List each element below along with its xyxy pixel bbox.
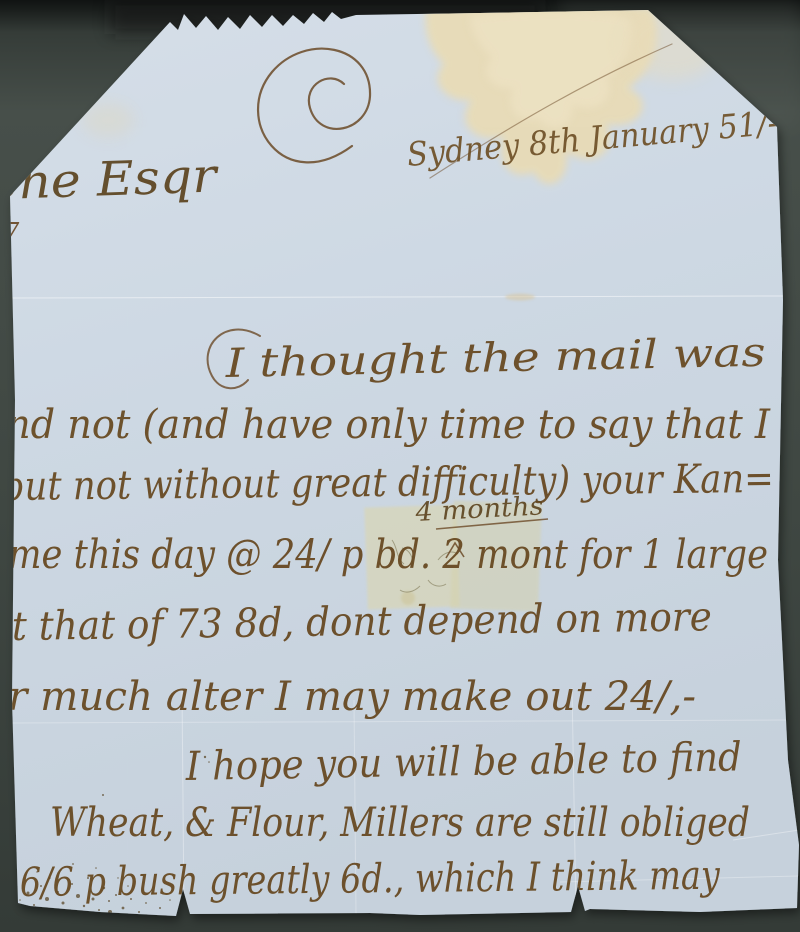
- body-line-4: me this day @ 24/ p bd. 2 mont for 1 lar…: [8, 532, 768, 578]
- body-line-2: nd not (and have only time to say that I: [6, 402, 771, 448]
- body-line-5: t that of 73 8d, dont depend on more: [11, 594, 712, 650]
- letter-photo: Sydney 8th January 51/- lone Esqr 7 I th…: [0, 0, 800, 932]
- body-line-6: r much alter I may make out 24/,-: [8, 674, 696, 720]
- body-line-7: I hope you will be able to find: [184, 734, 742, 790]
- body-line-8: Wheat, & Flour, Millers are still oblige…: [50, 800, 750, 846]
- screenshot-root: Sydney 8th January 51/- lone Esqr 7 I th…: [0, 0, 800, 932]
- body-line-9: 6/6 p bush greatly 6d., which I think ma…: [20, 853, 722, 906]
- body-line-3: but not without great difficulty) your K…: [2, 456, 774, 510]
